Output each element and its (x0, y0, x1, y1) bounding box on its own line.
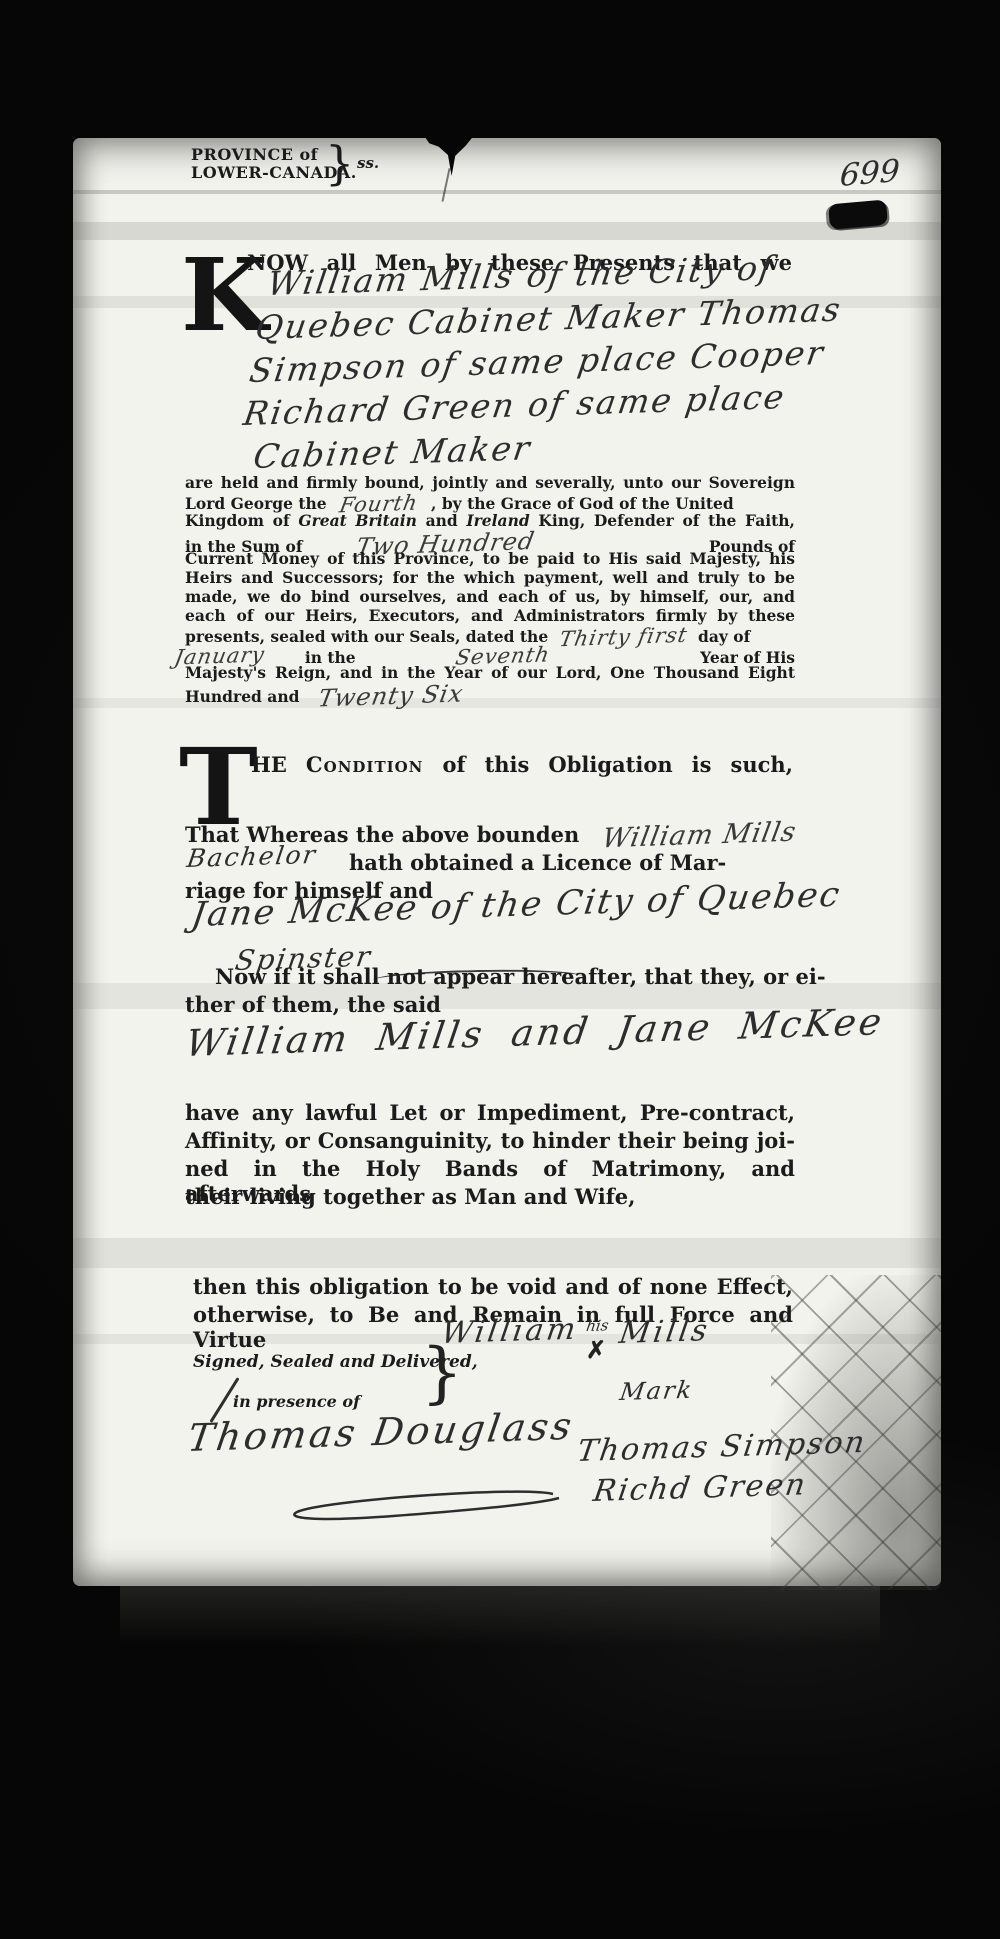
bond-line: Hundred and Twenty Six (185, 682, 795, 710)
principal-first-name: William (439, 1312, 581, 1351)
folio-number: 699 (839, 153, 901, 194)
header-brace: } (325, 136, 354, 190)
handwritten-party-line: Cabinet Maker (251, 428, 534, 476)
condition-opening-line: HE Condition of this Obligation is such, (251, 752, 793, 777)
scan-streak (73, 190, 941, 194)
handwritten-year: Twenty Six (316, 679, 466, 712)
bond-line: Heirs and Successors; for the which paym… (185, 568, 795, 587)
condition-line: ther of them, the said (185, 992, 441, 1017)
handwritten-groom-name: William Mills (599, 817, 798, 855)
document-page: 699 PROVINCE of LOWER-CANADA. } ss. K NO… (73, 138, 941, 1586)
condition-text: of this Obligation is such, (423, 752, 793, 777)
handwritten-groom-status: Bachelor (185, 840, 319, 873)
dropcap-t: T (179, 746, 258, 829)
condition-line: hath obtained a Licence of Mar- (349, 850, 726, 875)
bond-line: each of our Heirs, Executors, and Admini… (185, 606, 795, 625)
bond-line: Current Money of this Province, to be pa… (185, 549, 795, 568)
condition-line: Now if it shall not appear hereafter, th… (215, 964, 826, 989)
scan-streak (73, 1238, 941, 1268)
bond-line: made, we do bind ourselves, and each of … (185, 587, 795, 606)
signature-underline-flourish (283, 1490, 563, 1526)
ink-blot (828, 200, 888, 230)
principal-signature: William his ✗ Mills (439, 1316, 707, 1376)
bond-text: King, Defender of the Faith, (538, 511, 795, 530)
bond-text: Hundred and (185, 687, 299, 706)
impediment-line: their living together as Man and Wife, (185, 1184, 795, 1209)
his-mark-stack: his ✗ (585, 1317, 607, 1364)
bond-line: are held and firmly bound, jointly and s… (185, 473, 795, 492)
attestation-line2: in presence of (233, 1392, 360, 1411)
impediment-line: have any lawful Let or Impediment, Pre-c… (185, 1100, 795, 1125)
bond-text: Kingdom of (185, 511, 290, 530)
witness-signature: Thomas Douglass (185, 1404, 577, 1460)
bond-text-italic: Great Britain (298, 511, 417, 530)
bond-line: Majesty's Reign, and in the Year of our … (185, 663, 795, 682)
impediment-line: Affinity, or Consanguinity, to hinder th… (185, 1128, 795, 1153)
principal-last-name: Mills (617, 1313, 712, 1351)
surety2-signature: Richd Green (591, 1467, 809, 1509)
bond-line: Kingdom of Great Britain and Ireland Kin… (185, 511, 795, 530)
jurat-abbreviation: ss. (357, 154, 379, 172)
paper-crack-line (441, 168, 450, 202)
mark-his-label: his (585, 1316, 610, 1335)
condition-text: HE (251, 752, 306, 777)
bond-text: and (426, 511, 458, 530)
scan-shadow-below-page (120, 1586, 880, 1646)
closing-line: then this obligation to be void and of n… (193, 1274, 793, 1299)
scanned-document-background: { "folio": { "number": "699" }, "header"… (0, 0, 1000, 1939)
condition-word-smallcaps: Condition (306, 752, 423, 777)
mark-x-glyph: ✗ (586, 1335, 606, 1364)
mark-label: Mark (618, 1376, 695, 1406)
